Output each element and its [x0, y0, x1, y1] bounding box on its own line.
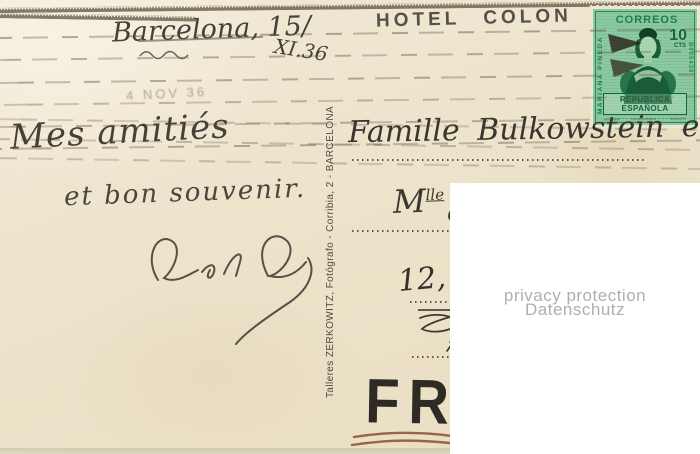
postmark-date: 4 NOV 36	[126, 84, 208, 103]
signature-handwriting	[140, 218, 340, 350]
privacy-overlay: privacy protection Datenschutz	[450, 183, 700, 454]
handwritten-date-part2: XI.36	[272, 34, 329, 66]
handwritten-hotel-note: HOTEL COLON	[376, 5, 572, 32]
address-line-mark	[418, 309, 452, 311]
message-line-2: et bon souvenir.	[64, 174, 307, 212]
address-line-2-title: Mlle	[392, 181, 445, 221]
address-dotted-line	[352, 230, 452, 232]
privacy-overlay-text: privacy protection Datenschutz	[450, 289, 700, 317]
address-dotted-line	[412, 356, 452, 358]
privacy-line-2: Datenschutz	[450, 303, 700, 317]
message-line-1: Mes amitiés	[9, 106, 230, 157]
country-underline	[350, 430, 456, 450]
address-line-1: Famille Bulkowstein et	[348, 109, 700, 150]
postcard-back: Talleres ZERKOWITZ, Fotógrafo - Corribia…	[0, 0, 700, 454]
address-line-3: 12,	[397, 260, 448, 299]
stamp-header-label: CORREOS	[608, 14, 686, 26]
address-dotted-line	[352, 159, 646, 161]
address-dotted-line	[410, 301, 452, 303]
pencil-squiggle	[138, 48, 193, 62]
